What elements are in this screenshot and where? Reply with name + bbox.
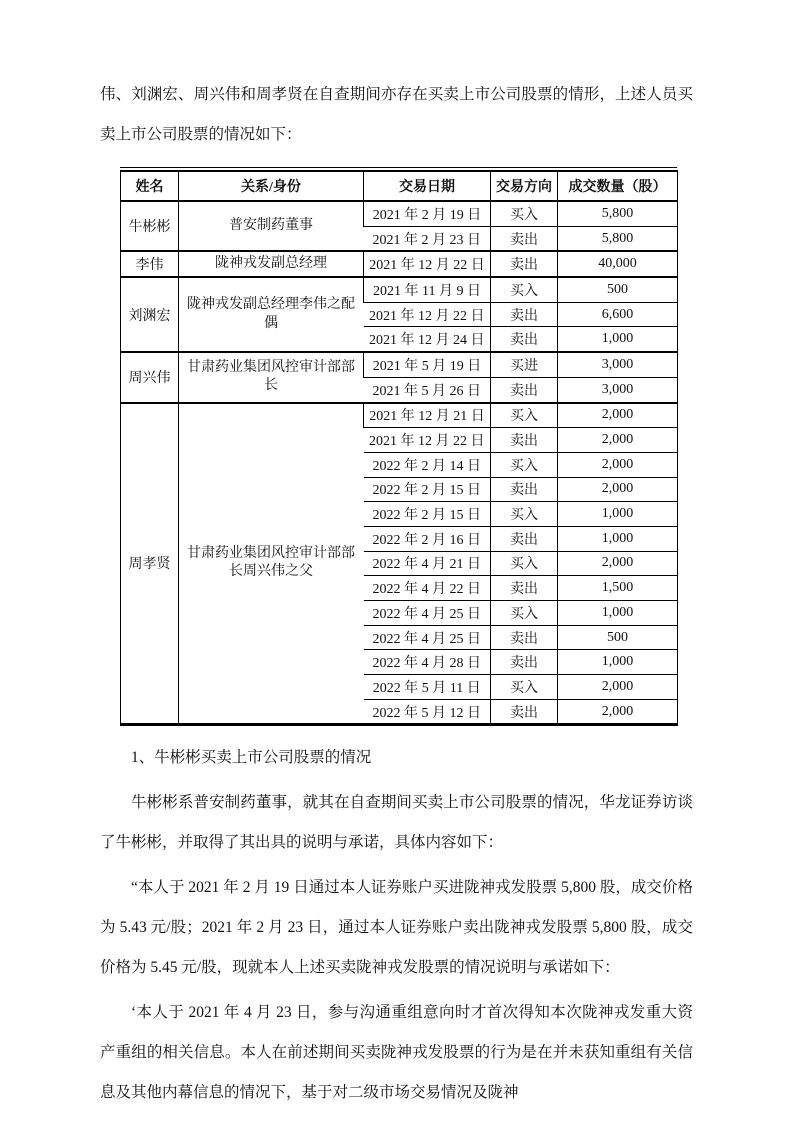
- relation-cell: 普安制药董事: [179, 201, 364, 251]
- direction-cell: 买入: [491, 551, 558, 576]
- direction-cell: 卖出: [491, 625, 558, 650]
- volume-cell: 2,000: [558, 551, 678, 576]
- direction-cell: 卖出: [491, 650, 558, 675]
- name-cell: 周孝贤: [121, 403, 179, 725]
- date-cell: 2021 年 12 月 22 日: [364, 302, 491, 327]
- direction-cell: 买入: [491, 452, 558, 477]
- relation-cell: 陇神戎发副总经理: [179, 251, 364, 277]
- date-cell: 2022 年 4 月 22 日: [364, 576, 491, 601]
- volume-cell: 500: [558, 277, 678, 302]
- direction-cell: 卖出: [491, 526, 558, 551]
- date-cell: 2022 年 2 月 14 日: [364, 452, 491, 477]
- date-cell: 2021 年 5 月 26 日: [364, 377, 491, 402]
- name-cell: 刘渊宏: [121, 277, 179, 352]
- volume-cell: 2,000: [558, 477, 678, 502]
- volume-cell: 2,000: [558, 699, 678, 725]
- date-cell: 2021 年 2 月 23 日: [364, 226, 491, 251]
- date-cell: 2021 年 12 月 24 日: [364, 327, 491, 352]
- direction-cell: 买入: [491, 201, 558, 226]
- header-name: 姓名: [121, 171, 179, 201]
- date-cell: 2021 年 2 月 19 日: [364, 201, 491, 226]
- direction-cell: 卖出: [491, 428, 558, 453]
- date-cell: 2022 年 5 月 11 日: [364, 675, 491, 700]
- date-cell: 2021 年 5 月 19 日: [364, 352, 491, 377]
- table-header-row: 姓名 关系/身份 交易日期 交易方向 成交数量（股）: [121, 171, 678, 201]
- direction-cell: 买入: [491, 675, 558, 700]
- direction-cell: 卖出: [491, 477, 558, 502]
- volume-cell: 2,000: [558, 452, 678, 477]
- volume-cell: 500: [558, 625, 678, 650]
- name-cell: 周兴伟: [121, 352, 179, 402]
- interview-paragraph: 牛彬彬系普安制药董事，就其在自查期间买卖上市公司股票的情况，华龙证券访谈了牛彬彬…: [100, 783, 693, 863]
- direction-cell: 卖出: [491, 699, 558, 725]
- date-cell: 2022 年 2 月 15 日: [364, 502, 491, 527]
- table-row: 周孝贤甘肃药业集团风控审计部部长周兴伟之父2021 年 12 月 21 日买入2…: [121, 403, 678, 428]
- header-direction: 交易方向: [491, 171, 558, 201]
- statement-paragraph: “本人于 2021 年 2 月 19 日通过本人证券账户买进陇神戎发股票 5,8…: [100, 868, 693, 988]
- direction-cell: 卖出: [491, 251, 558, 277]
- section-heading: 1、牛彬彬买卖上市公司股票的情况: [100, 738, 693, 778]
- volume-cell: 1,000: [558, 327, 678, 352]
- direction-cell: 买入: [491, 403, 558, 428]
- trades-table-wrapper: 姓名 关系/身份 交易日期 交易方向 成交数量（股） 牛彬彬普安制药董事2021…: [120, 167, 677, 726]
- date-cell: 2022 年 4 月 25 日: [364, 625, 491, 650]
- header-relation: 关系/身份: [179, 171, 364, 201]
- direction-cell: 卖出: [491, 327, 558, 352]
- direction-cell: 买入: [491, 277, 558, 302]
- volume-cell: 2,000: [558, 675, 678, 700]
- direction-cell: 卖出: [491, 377, 558, 402]
- volume-cell: 3,000: [558, 352, 678, 377]
- volume-cell: 40,000: [558, 251, 678, 277]
- commitment-paragraph: ‘本人于 2021 年 4 月 23 日，参与沟通重组意向时才首次得知本次陇神戎…: [100, 993, 693, 1113]
- direction-cell: 卖出: [491, 226, 558, 251]
- volume-cell: 1,000: [558, 650, 678, 675]
- name-cell: 李伟: [121, 251, 179, 277]
- volume-cell: 2,000: [558, 428, 678, 453]
- table-row: 牛彬彬普安制药董事2021 年 2 月 19 日买入5,800: [121, 201, 678, 226]
- header-volume: 成交数量（股）: [558, 171, 678, 201]
- volume-cell: 3,000: [558, 377, 678, 402]
- trades-table: 姓名 关系/身份 交易日期 交易方向 成交数量（股） 牛彬彬普安制药董事2021…: [120, 170, 678, 726]
- direction-cell: 买进: [491, 352, 558, 377]
- intro-paragraph: 伟、刘渊宏、周兴伟和周孝贤在自查期间亦存在买卖上市公司股票的情形，上述人员买卖上…: [100, 75, 693, 155]
- volume-cell: 2,000: [558, 403, 678, 428]
- table-row: 刘渊宏陇神戎发副总经理李伟之配偶2021 年 11 月 9 日买入500: [121, 277, 678, 302]
- volume-cell: 1,000: [558, 526, 678, 551]
- volume-cell: 5,800: [558, 226, 678, 251]
- direction-cell: 买入: [491, 601, 558, 626]
- date-cell: 2021 年 12 月 21 日: [364, 403, 491, 428]
- date-cell: 2022 年 5 月 12 日: [364, 699, 491, 725]
- name-cell: 牛彬彬: [121, 201, 179, 251]
- date-cell: 2022 年 2 月 16 日: [364, 526, 491, 551]
- date-cell: 2021 年 12 月 22 日: [364, 428, 491, 453]
- volume-cell: 6,600: [558, 302, 678, 327]
- volume-cell: 1,500: [558, 576, 678, 601]
- date-cell: 2021 年 11 月 9 日: [364, 277, 491, 302]
- relation-cell: 甘肃药业集团风控审计部部长: [179, 352, 364, 402]
- relation-cell: 甘肃药业集团风控审计部部长周兴伟之父: [179, 403, 364, 725]
- date-cell: 2022 年 4 月 21 日: [364, 551, 491, 576]
- header-date: 交易日期: [364, 171, 491, 201]
- date-cell: 2021 年 12 月 22 日: [364, 251, 491, 277]
- date-cell: 2022 年 4 月 25 日: [364, 601, 491, 626]
- direction-cell: 卖出: [491, 302, 558, 327]
- volume-cell: 1,000: [558, 502, 678, 527]
- table-row: 李伟陇神戎发副总经理2021 年 12 月 22 日卖出40,000: [121, 251, 678, 277]
- volume-cell: 1,000: [558, 601, 678, 626]
- document-page: 伟、刘渊宏、周兴伟和周孝贤在自查期间亦存在买卖上市公司股票的情形，上述人员买卖上…: [0, 0, 793, 1122]
- volume-cell: 5,800: [558, 201, 678, 226]
- date-cell: 2022 年 4 月 28 日: [364, 650, 491, 675]
- relation-cell: 陇神戎发副总经理李伟之配偶: [179, 277, 364, 352]
- date-cell: 2022 年 2 月 15 日: [364, 477, 491, 502]
- direction-cell: 买入: [491, 502, 558, 527]
- table-row: 周兴伟甘肃药业集团风控审计部部长2021 年 5 月 19 日买进3,000: [121, 352, 678, 377]
- direction-cell: 卖出: [491, 576, 558, 601]
